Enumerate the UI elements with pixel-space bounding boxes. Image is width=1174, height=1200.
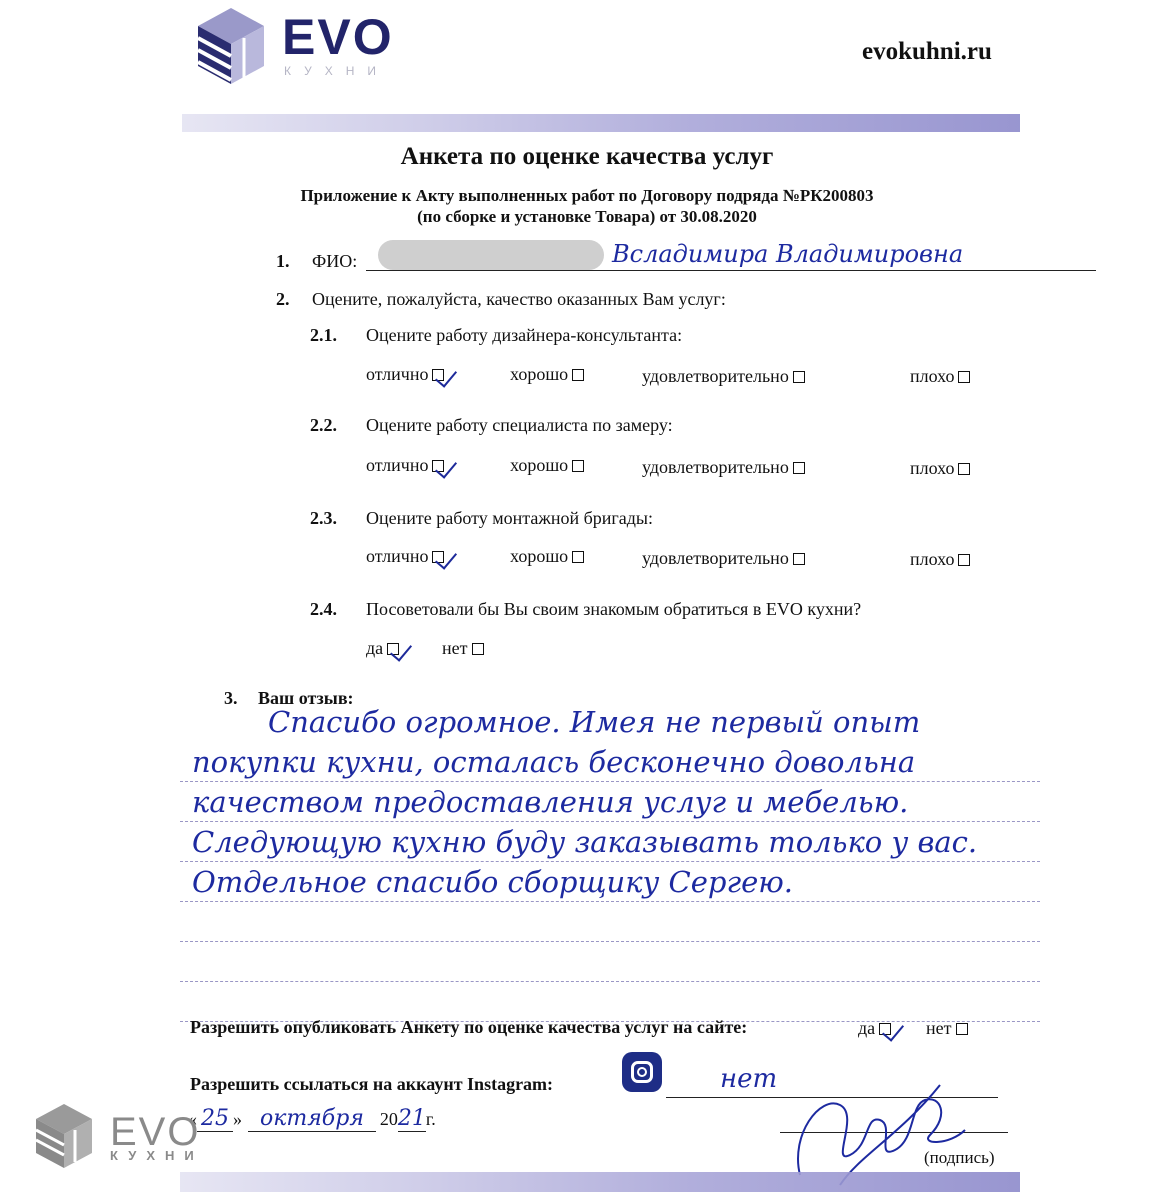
option-label: хорошо <box>510 546 568 567</box>
date-quote-close: » <box>233 1109 242 1130</box>
q2-3-option-good[interactable]: хорошо <box>510 546 584 567</box>
checkbox-checked[interactable] <box>432 551 444 563</box>
q2-number: 2. <box>276 289 290 310</box>
q2-4-number: 2.4. <box>310 599 337 620</box>
date-month: октября <box>248 1106 376 1132</box>
publish-label: Разрешить опубликовать Анкету по оценке … <box>190 1017 747 1038</box>
option-label: отлично <box>366 546 428 567</box>
checkbox[interactable] <box>958 371 970 383</box>
option-label: отлично <box>366 455 428 476</box>
watermark-cube-icon <box>34 1102 94 1170</box>
q2-2-label: Оцените работу специалиста по замеру: <box>366 415 673 436</box>
form-subtitle-line1: Приложение к Акту выполненных работ по Д… <box>0 186 1174 206</box>
checkbox[interactable] <box>572 551 584 563</box>
q2-1-label: Оцените работу дизайнера-консультанта: <box>366 325 682 346</box>
checkbox[interactable] <box>572 369 584 381</box>
option-label: да <box>858 1018 875 1039</box>
watermark-subtext: КУХНИ <box>110 1148 204 1163</box>
header-band <box>182 114 1020 132</box>
date-year-prefix: 20 <box>380 1109 398 1130</box>
checkbox[interactable] <box>958 463 970 475</box>
q2-2-number: 2.2. <box>310 415 337 436</box>
form-subtitle-line2: (по сборке и установке Товара) от 30.08.… <box>0 207 1174 227</box>
option-label: плохо <box>910 458 954 479</box>
q2-2-option-excellent[interactable]: отлично <box>366 455 444 476</box>
watermark-text: EVO <box>110 1112 200 1152</box>
fio-handwritten-value: Всладимирa Владимировна <box>612 240 963 268</box>
checkbox-checked[interactable] <box>387 643 399 655</box>
option-label: хорошо <box>510 364 568 385</box>
website-link: evokuhni.ru <box>862 38 992 66</box>
option-label: нет <box>442 638 468 659</box>
review-handwritten-text: Спасибо огромное. Имея не первый опыт по… <box>192 702 1042 902</box>
date-year-suffix: 21 <box>398 1106 426 1132</box>
checkbox[interactable] <box>956 1023 968 1035</box>
q2-1-option-good[interactable]: хорошо <box>510 364 584 385</box>
date-year-end: г. <box>426 1109 436 1130</box>
q2-3-option-poor[interactable]: плохо <box>910 549 970 570</box>
date-field[interactable]: « 25 » октября 20 21 г. <box>188 1106 436 1132</box>
checkbox[interactable] <box>572 460 584 472</box>
checkbox[interactable] <box>472 643 484 655</box>
logo-subtext: КУХНИ <box>284 64 389 78</box>
checkbox[interactable] <box>793 371 805 383</box>
fio-field[interactable] <box>366 270 1096 271</box>
q2-2-option-good[interactable]: хорошо <box>510 455 584 476</box>
instagram-icon <box>622 1052 662 1092</box>
checkbox-checked[interactable] <box>432 369 444 381</box>
checkbox[interactable] <box>958 554 970 566</box>
footer-band <box>180 1172 1020 1192</box>
checkbox-checked[interactable] <box>432 460 444 472</box>
instagram-label: Разрешить ссылаться на аккаунт Instagram… <box>190 1074 553 1095</box>
q2-label: Оцените, пожалуйста, качество оказанных … <box>312 289 726 310</box>
redacted-surname <box>378 240 604 270</box>
checkbox-checked[interactable] <box>879 1023 891 1035</box>
q2-4-label: Посоветовали бы Вы своим знакомым обрати… <box>366 599 861 620</box>
option-label: удовлетворительно <box>642 366 789 387</box>
option-label: да <box>366 638 383 659</box>
form-title: Анкета по оценке качества услуг <box>0 143 1174 171</box>
q2-2-option-poor[interactable]: плохо <box>910 458 970 479</box>
q2-3-option-satisfactory[interactable]: удовлетворительно <box>642 548 805 569</box>
publish-option-no[interactable]: нет <box>926 1018 968 1039</box>
option-label: нет <box>926 1018 952 1039</box>
date-day: 25 <box>197 1106 233 1132</box>
instagram-handwritten-value: нет <box>720 1064 777 1094</box>
option-label: плохо <box>910 549 954 570</box>
option-label: удовлетворительно <box>642 548 789 569</box>
q2-1-number: 2.1. <box>310 325 337 346</box>
q2-4-option-no[interactable]: нет <box>442 638 484 659</box>
q2-2-option-satisfactory[interactable]: удовлетворительно <box>642 457 805 478</box>
q1-label: ФИО: <box>312 251 357 272</box>
option-label: хорошо <box>510 455 568 476</box>
q2-1-option-satisfactory[interactable]: удовлетворительно <box>642 366 805 387</box>
logo-text: EVO <box>282 12 394 62</box>
q2-3-option-excellent[interactable]: отлично <box>366 546 444 567</box>
option-label: удовлетворительно <box>642 457 789 478</box>
q2-1-option-poor[interactable]: плохо <box>910 366 970 387</box>
checkbox[interactable] <box>793 462 805 474</box>
q2-3-label: Оцените работу монтажной бригады: <box>366 508 653 529</box>
q1-number: 1. <box>276 251 290 272</box>
q2-1-option-excellent[interactable]: отлично <box>366 364 444 385</box>
option-label: отлично <box>366 364 428 385</box>
q2-3-number: 2.3. <box>310 508 337 529</box>
publish-option-yes[interactable]: да <box>858 1018 891 1039</box>
q2-4-option-yes[interactable]: да <box>366 638 399 659</box>
evo-logo-cube-icon <box>196 6 266 86</box>
option-label: плохо <box>910 366 954 387</box>
checkbox[interactable] <box>793 553 805 565</box>
signature-label: (подпись) <box>924 1148 995 1168</box>
